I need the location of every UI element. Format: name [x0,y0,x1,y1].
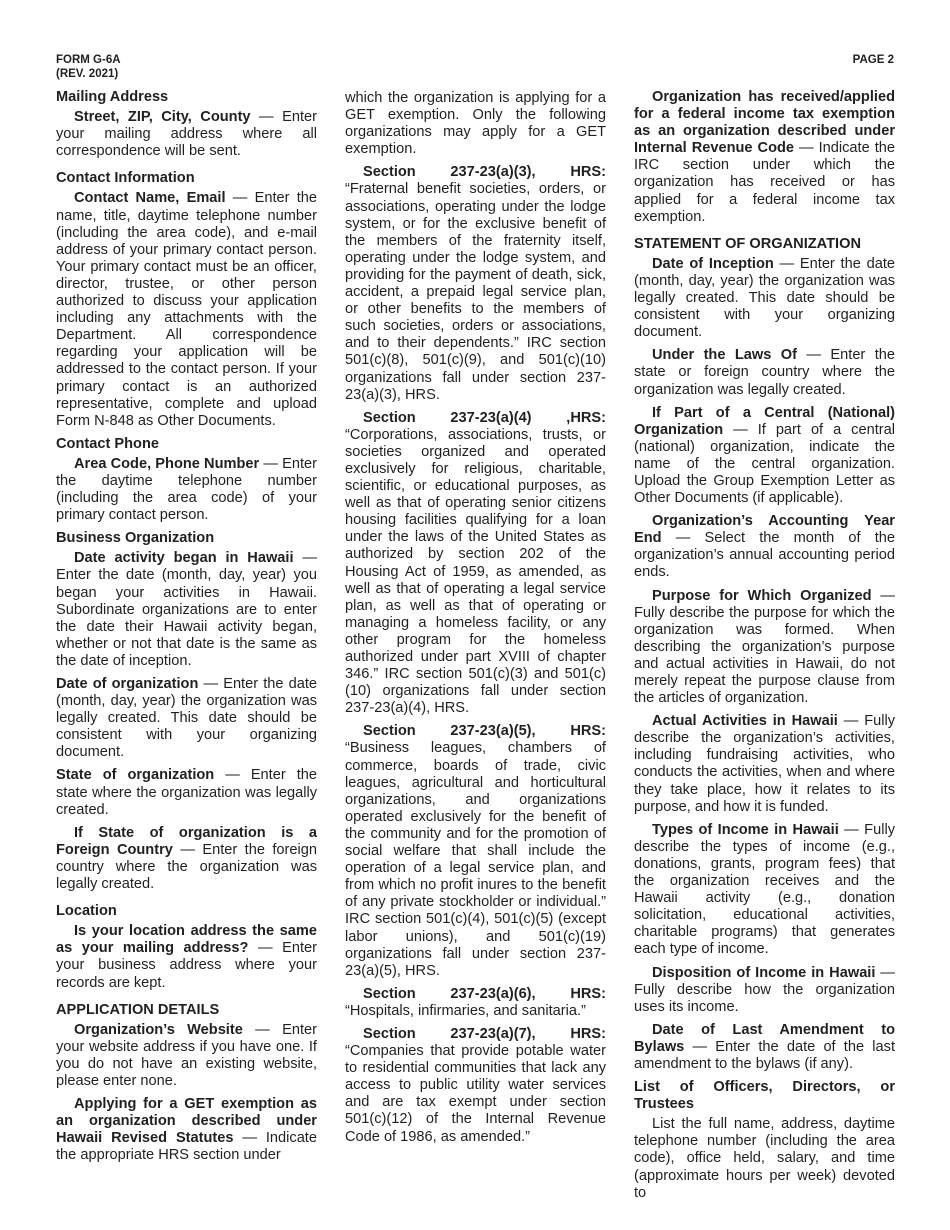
term: Organization’s Website [74,1022,243,1038]
section-heading-statement-of-organization: STATEMENT OF ORGANIZATION [634,236,895,253]
description: — Fully describe the purpose for which t… [634,588,895,707]
paragraph-disposition-of-income: Disposition of Income in Hawaii — Fully … [634,965,895,1016]
paragraph-phone-number: Area Code, Phone Number — Enter the dayt… [56,456,317,524]
column-right: Organization has received/applied for a … [634,89,895,1208]
description: “Corporations, associations, trusts, or … [345,427,606,717]
description: “Hospitals, infirmaries, and sanitaria.” [345,1003,586,1019]
paragraph-actual-activities: Actual Activities in Hawaii — Fully desc… [634,713,895,816]
paragraph-accounting-year-end: Organization’s Accounting Year End — Sel… [634,513,895,581]
term: Section 237-23(a)(6), HRS: [363,986,606,1002]
description: “Fraternal benefit societies, orders, or… [345,181,606,402]
term: Date of organization [56,676,198,692]
description: — Enter the date (month, day, year) you … [56,550,317,669]
description: “Business leagues, chambers of commerce,… [345,740,606,978]
term: Disposition of Income in Hawaii [652,965,875,981]
column-middle: which the organization is applying for a… [345,90,606,1152]
term: Date activity began in Hawaii [74,550,294,566]
page-number: PAGE 2 [853,54,894,66]
form-revision: (REV. 2021) [56,68,121,82]
paragraph-foreign-country: If State of organization is a Foreign Co… [56,825,317,893]
paragraph-get-exemption-continued: which the organization is applying for a… [345,90,606,158]
term: Contact Name, Email [74,190,226,206]
paragraph-contact-name: Contact Name, Email — Enter the name, ti… [56,190,317,429]
paragraph-section-237-23-a-4: Section 237-23(a)(4) ,HRS: “Corporations… [345,410,606,718]
paragraph-central-organization: If Part of a Central (National) Organiza… [634,405,895,508]
paragraph-officers-list: List the full name, address, daytime tel… [634,1116,895,1201]
paragraph-date-of-organization: Date of organization — Enter the date (m… [56,676,317,761]
section-heading-application-details: APPLICATION DETAILS [56,1002,317,1019]
term: Section 237-23(a)(7), HRS: [363,1026,606,1042]
paragraph-section-237-23-a-6: Section 237-23(a)(6), HRS: “Hospitals, i… [345,986,606,1020]
section-heading-officers: List of Officers, Directors, or Trustees [634,1079,895,1113]
paragraph-section-237-23-a-5: Section 237-23(a)(5), HRS: “Business lea… [345,723,606,979]
form-header: FORM G-6A (REV. 2021) [56,54,121,81]
paragraph-federal-exemption: Organization has received/applied for a … [634,89,895,226]
term: Under the Laws Of [652,347,797,363]
term: Date of Inception [652,256,774,272]
description: — Fully describe the types of income (e.… [634,822,895,958]
term: Section 237-23(a)(3), HRS: [363,164,606,180]
term: Street, ZIP, City, County [74,109,251,125]
paragraph-state-of-organization: State of organization — Enter the state … [56,767,317,818]
term: Section 237-23(a)(5), HRS: [363,723,606,739]
paragraph-get-exemption: Applying for a GET exemption as an organ… [56,1096,317,1164]
section-heading-location: Location [56,903,317,920]
description: — Select the month of the organization’s… [634,530,895,580]
description: — Enter the name, title, daytime telepho… [56,190,317,428]
term: Types of Income in Hawaii [652,822,839,838]
paragraph-date-of-inception: Date of Inception — Enter the date (mont… [634,256,895,341]
term: Purpose for Which Organized [652,588,872,604]
paragraph-section-237-23-a-7: Section 237-23(a)(7), HRS: “Companies th… [345,1026,606,1146]
paragraph-under-the-laws-of: Under the Laws Of — Enter the state or f… [634,347,895,398]
paragraph-website: Organization’s Website — Enter your webs… [56,1022,317,1090]
paragraph-bylaws-amendment: Date of Last Amendment to Bylaws — Enter… [634,1022,895,1073]
form-id: FORM G-6A [56,54,121,68]
paragraph-location-address: Is your location address the same as you… [56,923,317,991]
column-left: Mailing Address Street, ZIP, City, Count… [56,89,317,1170]
term: State of organization [56,767,214,783]
paragraph-date-activity-began: Date activity began in Hawaii — Enter th… [56,550,317,670]
section-heading-business-organization: Business Organization [56,530,317,547]
term: Section 237-23(a)(4) ,HRS: [363,410,606,426]
section-heading-contact-information: Contact Information [56,170,317,187]
term: Actual Activities in Hawaii [652,713,838,729]
paragraph-mailing-address: Street, ZIP, City, County — Enter your m… [56,109,317,160]
paragraph-types-of-income: Types of Income in Hawaii — Fully descri… [634,822,895,959]
description: “Companies that provide potable water to… [345,1043,606,1144]
section-heading-contact-phone: Contact Phone [56,436,317,453]
paragraph-purpose: Purpose for Which Organized — Fully desc… [634,588,895,708]
paragraph-section-237-23-a-3: Section 237-23(a)(3), HRS: “Fraternal be… [345,164,606,403]
section-heading-mailing-address: Mailing Address [56,89,317,106]
term: Area Code, Phone Number [74,456,259,472]
